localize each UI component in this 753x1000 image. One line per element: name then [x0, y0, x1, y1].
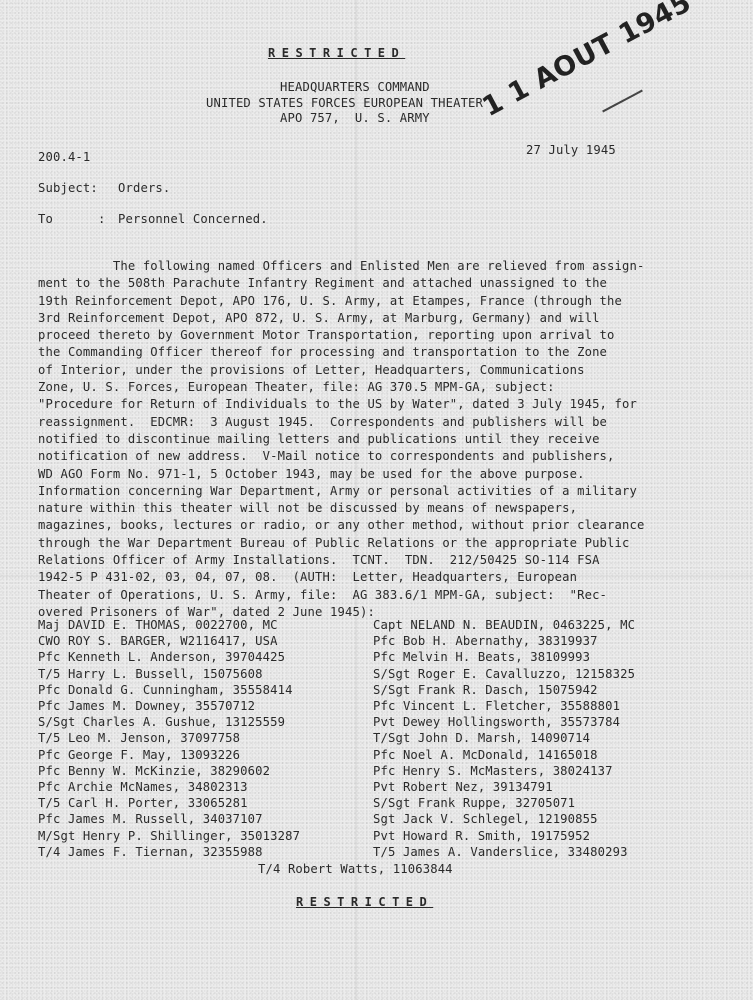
personnel-entry: S/Sgt Frank Ruppe, 32705071 — [373, 795, 635, 811]
body-line: 1942-5 P 431-02, 03, 04, 07, 08. (AUTH: … — [38, 569, 718, 586]
personnel-entry: Pfc Vincent L. Fletcher, 35588801 — [373, 698, 635, 714]
personnel-entry: T/5 Leo M. Jenson, 37097758 — [38, 730, 300, 746]
body-line: Information concerning War Department, A… — [38, 483, 718, 500]
personnel-entry: S/Sgt Roger E. Cavalluzzo, 12158325 — [373, 666, 635, 682]
classification-bottom: RESTRICTED — [296, 895, 433, 909]
body-line: WD AGO Form No. 971-1, 5 October 1943, m… — [38, 466, 718, 483]
subject-value: Orders. — [118, 181, 170, 195]
body-line: notification of new address. V-Mail noti… — [38, 448, 718, 465]
personnel-entry: T/Sgt John D. Marsh, 14090714 — [373, 730, 635, 746]
personnel-entry: Pfc James M. Russell, 34037107 — [38, 811, 300, 827]
personnel-entry: Pfc Bob H. Abernathy, 38319937 — [373, 633, 635, 649]
body-line: reassignment. EDCMR: 3 August 1945. Corr… — [38, 414, 718, 431]
personnel-entry: T/5 Carl H. Porter, 33065281 — [38, 795, 300, 811]
document-page: RESTRICTED HEADQUARTERS COMMAND UNITED S… — [0, 0, 753, 1000]
stamp-mark — [602, 90, 643, 113]
body-line: 19th Reinforcement Depot, APO 176, U. S.… — [38, 293, 718, 310]
body-line: magazines, books, lectures or radio, or … — [38, 517, 718, 534]
body-line: The following named Officers and Enliste… — [38, 258, 718, 275]
personnel-entry: S/Sgt Charles A. Gushue, 13125559 — [38, 714, 300, 730]
body-line: of Interior, under the provisions of Let… — [38, 362, 718, 379]
to-value: Personnel Concerned. — [118, 212, 268, 226]
personnel-entry: Pvt Howard R. Smith, 19175952 — [373, 828, 635, 844]
personnel-entry: Pfc Noel A. McDonald, 14165018 — [373, 747, 635, 763]
body-line: "Procedure for Return of Individuals to … — [38, 396, 718, 413]
body-line: through the War Department Bureau of Pub… — [38, 535, 718, 552]
personnel-entry: Capt NELAND N. BEAUDIN, 0463225, MC — [373, 617, 635, 633]
body-line: proceed thereto by Government Motor Tran… — [38, 327, 718, 344]
body-line: Relations Officer of Army Installations.… — [38, 552, 718, 569]
body-line: notified to discontinue mailing letters … — [38, 431, 718, 448]
header-line-1: HEADQUARTERS COMMAND — [280, 80, 430, 94]
personnel-entry-center: T/4 Robert Watts, 11063844 — [258, 862, 453, 876]
body-line: Zone, U. S. Forces, European Theater, fi… — [38, 379, 718, 396]
body-line: 3rd Reinforcement Depot, APO 872, U. S. … — [38, 310, 718, 327]
personnel-entry: S/Sgt Frank R. Dasch, 15075942 — [373, 682, 635, 698]
body-line: the Commanding Officer thereof for proce… — [38, 344, 718, 361]
orders-body: The following named Officers and Enliste… — [38, 258, 718, 621]
personnel-entry: T/5 Harry L. Bussell, 15075608 — [38, 666, 300, 682]
personnel-entry: M/Sgt Henry P. Shillinger, 35013287 — [38, 828, 300, 844]
received-date-stamp: 1 1 AOUT 1945 — [477, 0, 696, 123]
personnel-entry: Pfc James M. Downey, 35570712 — [38, 698, 300, 714]
personnel-entry: Pvt Robert Nez, 39134791 — [373, 779, 635, 795]
body-line: Theater of Operations, U. S. Army, file:… — [38, 587, 718, 604]
personnel-entry: T/4 James F. Tiernan, 32355988 — [38, 844, 300, 860]
subject-label: Subject: — [38, 181, 98, 195]
header-line-3: APO 757, U. S. ARMY — [280, 111, 430, 125]
personnel-entry: CWO ROY S. BARGER, W2116417, USA — [38, 633, 300, 649]
body-line: ment to the 508th Parachute Infantry Reg… — [38, 275, 718, 292]
document-date: 27 July 1945 — [526, 143, 616, 157]
personnel-entry: Pvt Dewey Hollingsworth, 35573784 — [373, 714, 635, 730]
personnel-entry: T/5 James A. Vanderslice, 33480293 — [373, 844, 635, 860]
to-colon: : — [98, 212, 106, 226]
personnel-entry: Pfc Archie McNames, 34802313 — [38, 779, 300, 795]
classification-top: RESTRICTED — [268, 46, 405, 60]
personnel-entry: Pfc Henry S. McMasters, 38024137 — [373, 763, 635, 779]
personnel-list-left: Maj DAVID E. THOMAS, 0022700, MC CWO ROY… — [38, 617, 300, 860]
personnel-entry: Pfc George F. May, 13093226 — [38, 747, 300, 763]
personnel-entry: Pfc Kenneth L. Anderson, 39704425 — [38, 649, 300, 665]
to-label: To — [38, 212, 53, 226]
file-number: 200.4-1 — [38, 150, 90, 164]
personnel-entry: Sgt Jack V. Schlegel, 12190855 — [373, 811, 635, 827]
header-line-2: UNITED STATES FORCES EUROPEAN THEATER — [206, 96, 483, 110]
personnel-entry: Pfc Donald G. Cunningham, 35558414 — [38, 682, 300, 698]
body-line: nature within this theater will not be d… — [38, 500, 718, 517]
personnel-entry: Maj DAVID E. THOMAS, 0022700, MC — [38, 617, 300, 633]
personnel-list-right: Capt NELAND N. BEAUDIN, 0463225, MC Pfc … — [373, 617, 635, 860]
personnel-entry: Pfc Benny W. McKinzie, 38290602 — [38, 763, 300, 779]
personnel-entry: Pfc Melvin H. Beats, 38109993 — [373, 649, 635, 665]
